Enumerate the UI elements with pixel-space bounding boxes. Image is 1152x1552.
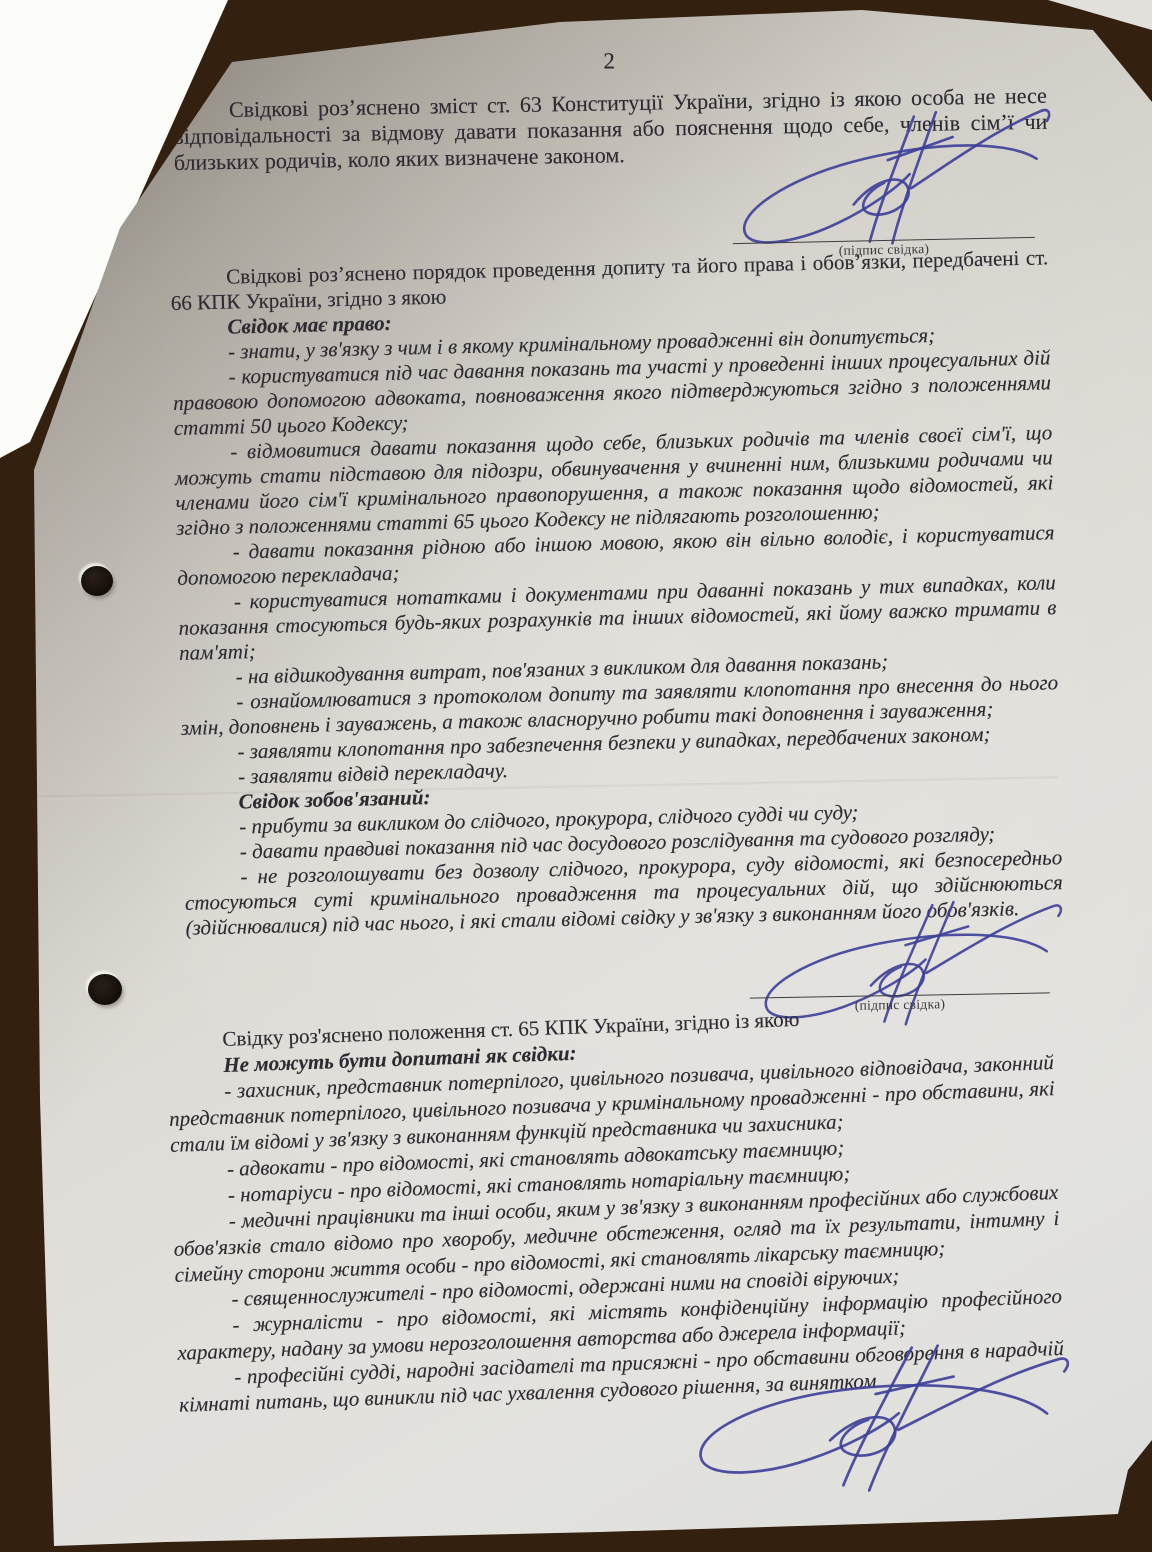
hole-punch-bottom bbox=[88, 974, 122, 1005]
document-page: 2 Свідкові роз’яснено зміст ст. 63 Конст… bbox=[0, 0, 1152, 1552]
hole-punch-top bbox=[81, 566, 113, 596]
intro-paragraph: Свідкові роз’яснено зміст ст. 63 Констит… bbox=[173, 83, 1048, 176]
top-text-block: 2 Свідкові роз’яснено зміст ст. 63 Конст… bbox=[172, 41, 1048, 176]
bottom-text-block: Свідку роз'яснено положення ст. 65 КПК У… bbox=[166, 997, 1065, 1418]
middle-text-block: Свідкові роз’яснено порядок проведення д… bbox=[170, 245, 1064, 940]
